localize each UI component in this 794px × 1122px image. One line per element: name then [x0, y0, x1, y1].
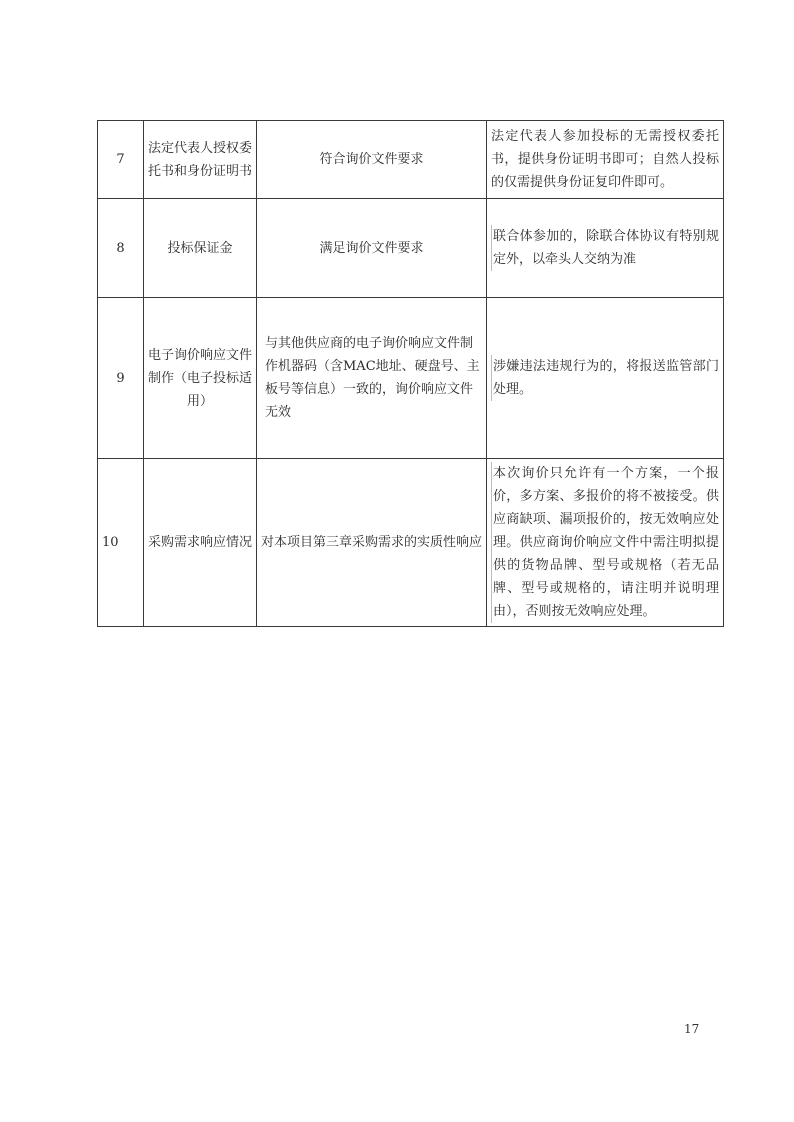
row-number: 8	[98, 199, 144, 298]
note: 涉嫌违法违规行为的，将报送监管部门处理。	[491, 355, 719, 401]
row-number: 9	[98, 298, 144, 459]
table-row: 10 采购需求响应情况 对本项目第三章采购需求的实质性响应 本次询价只允许有一个…	[98, 459, 724, 627]
requirements-table: 7 法定代表人授权委托书和身份证明书 符合询价文件要求 法定代表人参加投标的无需…	[97, 120, 724, 627]
row-number: 7	[98, 121, 144, 199]
requirement: 符合询价文件要求	[257, 121, 487, 199]
review-item: 投标保证金	[144, 199, 257, 298]
table-row: 8 投标保证金 满足询价文件要求 联合体参加的，除联合体协议有特别规定外，以牵头…	[98, 199, 724, 298]
requirement: 对本项目第三章采购需求的实质性响应	[257, 459, 487, 627]
row-number: 10	[98, 459, 144, 627]
requirement: 满足询价文件要求	[257, 199, 487, 298]
review-item: 采购需求响应情况	[144, 459, 257, 627]
note-cell: 联合体参加的，除联合体协议有特别规定外，以牵头人交纳为准	[487, 199, 724, 298]
table-row: 9 电子询价响应文件制作（电子投标适用） 与其他供应商的电子询价响应文件制作机器…	[98, 298, 724, 459]
note: 法定代表人参加投标的无需授权委托书，提供身份证明书即可；自然人投标的仅需提供身份…	[487, 121, 724, 199]
requirement: 与其他供应商的电子询价响应文件制作机器码（含MAC地址、硬盘号、主板号等信息）一…	[257, 298, 487, 459]
note: 本次询价只允许有一个方案，一个报价，多方案、多报价的将不被接受。供应商缺项、漏项…	[491, 462, 719, 623]
review-item: 法定代表人授权委托书和身份证明书	[144, 121, 257, 199]
note-cell: 本次询价只允许有一个方案，一个报价，多方案、多报价的将不被接受。供应商缺项、漏项…	[487, 459, 724, 627]
page-number: 17	[684, 1022, 699, 1036]
table-row: 7 法定代表人授权委托书和身份证明书 符合询价文件要求 法定代表人参加投标的无需…	[98, 121, 724, 199]
review-item: 电子询价响应文件制作（电子投标适用）	[144, 298, 257, 459]
document-page: 7 法定代表人授权委托书和身份证明书 符合询价文件要求 法定代表人参加投标的无需…	[0, 0, 794, 1122]
note-cell: 涉嫌违法违规行为的，将报送监管部门处理。	[487, 298, 724, 459]
note: 联合体参加的，除联合体协议有特别规定外，以牵头人交纳为准	[491, 225, 719, 271]
